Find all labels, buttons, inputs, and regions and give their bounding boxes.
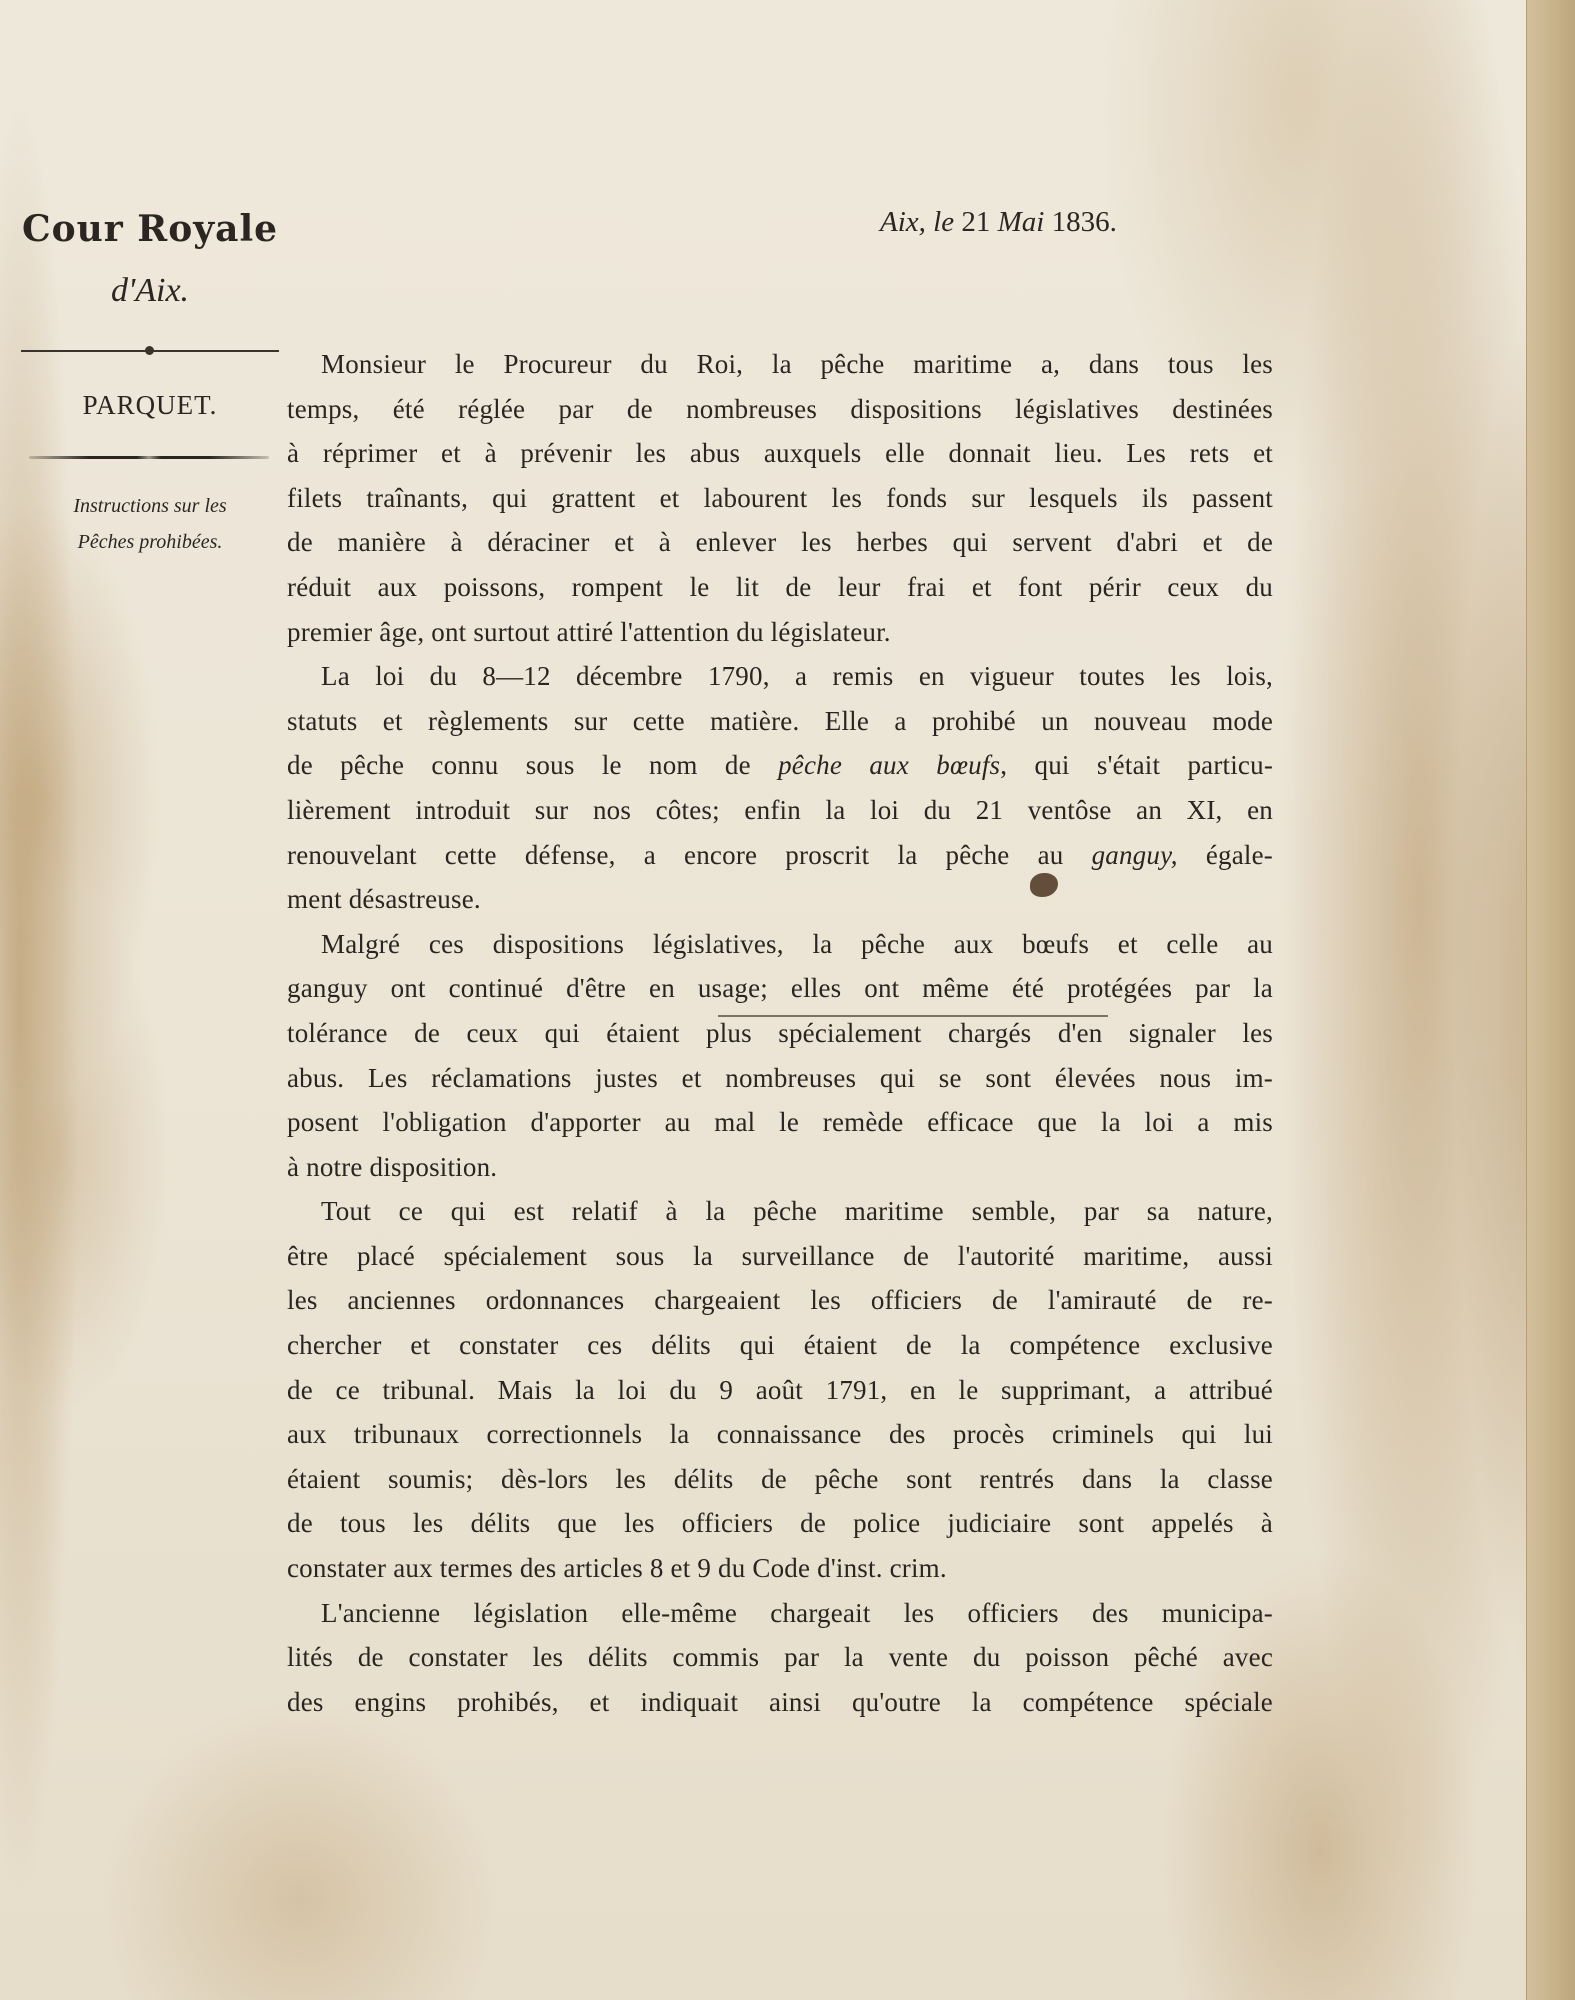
text-line: constater aux termes des articles 8 et 9… <box>287 1546 1273 1591</box>
paragraph-1: Monsieur le Procureur du Roi, la pêche m… <box>287 342 1273 654</box>
text-line: des engins prohibés, et indiquait ainsi … <box>287 1680 1273 1725</box>
text-line: statuts et règlements sur cette matière.… <box>287 699 1273 744</box>
text-line: abus. Les réclamations justes et nombreu… <box>287 1056 1273 1101</box>
text-line: filets traînants, qui grattent et labour… <box>287 476 1273 521</box>
paragraph-4: Tout ce qui est relatif à la pêche marit… <box>287 1189 1273 1590</box>
date-day: 21 <box>961 206 990 238</box>
text-line: tolérance de ceux qui étaient plus spéci… <box>287 1011 1273 1056</box>
date-sep: , le <box>919 206 954 238</box>
department-label: PARQUET. <box>19 390 281 421</box>
text-line: premier âge, ont surtout attiré l'attent… <box>287 610 1273 655</box>
text-line: à réprimer et à prévenir les abus auxque… <box>287 431 1273 476</box>
ornamental-rule <box>21 350 279 352</box>
paragraph-2: La loi du 8—12 décembre 1790, a remis en… <box>287 654 1273 922</box>
page-edge <box>1526 0 1575 2000</box>
court-city: d'Aix. <box>19 272 281 310</box>
court-name: Cour Royale <box>19 208 281 250</box>
text-line: aux tribunaux correctionnels la connaiss… <box>287 1412 1273 1457</box>
ornamental-rule-2 <box>29 456 269 459</box>
text-line: Tout ce qui est relatif à la pêche marit… <box>287 1189 1273 1234</box>
paragraph-3: Malgré ces dispositions législatives, la… <box>287 922 1273 1190</box>
text-line: ganguy ont continué d'être en usage; ell… <box>287 966 1273 1011</box>
text-line: de ce tribunal. Mais la loi du 9 août 17… <box>287 1368 1273 1413</box>
text-line: les anciennes ordonnances chargeaient le… <box>287 1278 1273 1323</box>
text-segment: de pêche connu sous le nom de <box>287 750 778 780</box>
text-line: à notre disposition. <box>287 1145 1273 1190</box>
italic-term: ganguy, <box>1092 840 1178 870</box>
dateline: Aix, le 21 Mai 1836. <box>880 206 1117 239</box>
text-line: de manière à déraciner et à enlever les … <box>287 520 1273 565</box>
text-segment: renouvelant cette défense, a encore pros… <box>287 840 1092 870</box>
text-line: La loi du 8—12 décembre 1790, a remis en… <box>287 654 1273 699</box>
text-line: lièrement introduit sur nos côtes; enfin… <box>287 788 1273 833</box>
text-line: temps, été réglée par de nombreuses disp… <box>287 387 1273 432</box>
paragraph-5: L'ancienne législation elle-même chargea… <box>287 1591 1273 1725</box>
subject-line-2: Pêches prohibées. <box>19 524 281 560</box>
text-segment: égale- <box>1178 840 1273 870</box>
subject-note: Instructions sur les Pêches prohibées. <box>19 488 281 560</box>
text-line-mixed: renouvelant cette défense, a encore pros… <box>287 833 1273 878</box>
letter-body: Monsieur le Procureur du Roi, la pêche m… <box>287 342 1273 1724</box>
text-line: posent l'obligation d'apporter au mal le… <box>287 1100 1273 1145</box>
text-line: ment désastreuse. <box>287 877 1273 922</box>
text-line: chercher et constater ces délits qui éta… <box>287 1323 1273 1368</box>
subject-line-1: Instructions sur les <box>19 488 281 524</box>
text-line: Monsieur le Procureur du Roi, la pêche m… <box>287 342 1273 387</box>
date-year: 1836. <box>1052 206 1117 238</box>
italic-term: pêche aux bœufs <box>778 750 1000 780</box>
text-segment: , qui s'était particu- <box>1000 750 1273 780</box>
text-line: réduit aux poissons, rompent le lit de l… <box>287 565 1273 610</box>
date-month: Mai <box>998 206 1045 238</box>
text-line: étaient soumis; dès-lors les délits de p… <box>287 1457 1273 1502</box>
text-line: être placé spécialement sous la surveill… <box>287 1234 1273 1279</box>
text-line: lités de constater les délits commis par… <box>287 1635 1273 1680</box>
text-line: Malgré ces dispositions législatives, la… <box>287 922 1273 967</box>
rule-ornament-icon <box>145 346 154 355</box>
paper-page: Cour Royale d'Aix. PARQUET. Instructions… <box>0 0 1575 2000</box>
handwritten-underline <box>718 1015 1108 1017</box>
text-line: de tous les délits que les officiers de … <box>287 1501 1273 1546</box>
date-place: Aix <box>880 206 919 238</box>
text-line: L'ancienne législation elle-même chargea… <box>287 1591 1273 1636</box>
text-line-mixed: de pêche connu sous le nom de pêche aux … <box>287 743 1273 788</box>
